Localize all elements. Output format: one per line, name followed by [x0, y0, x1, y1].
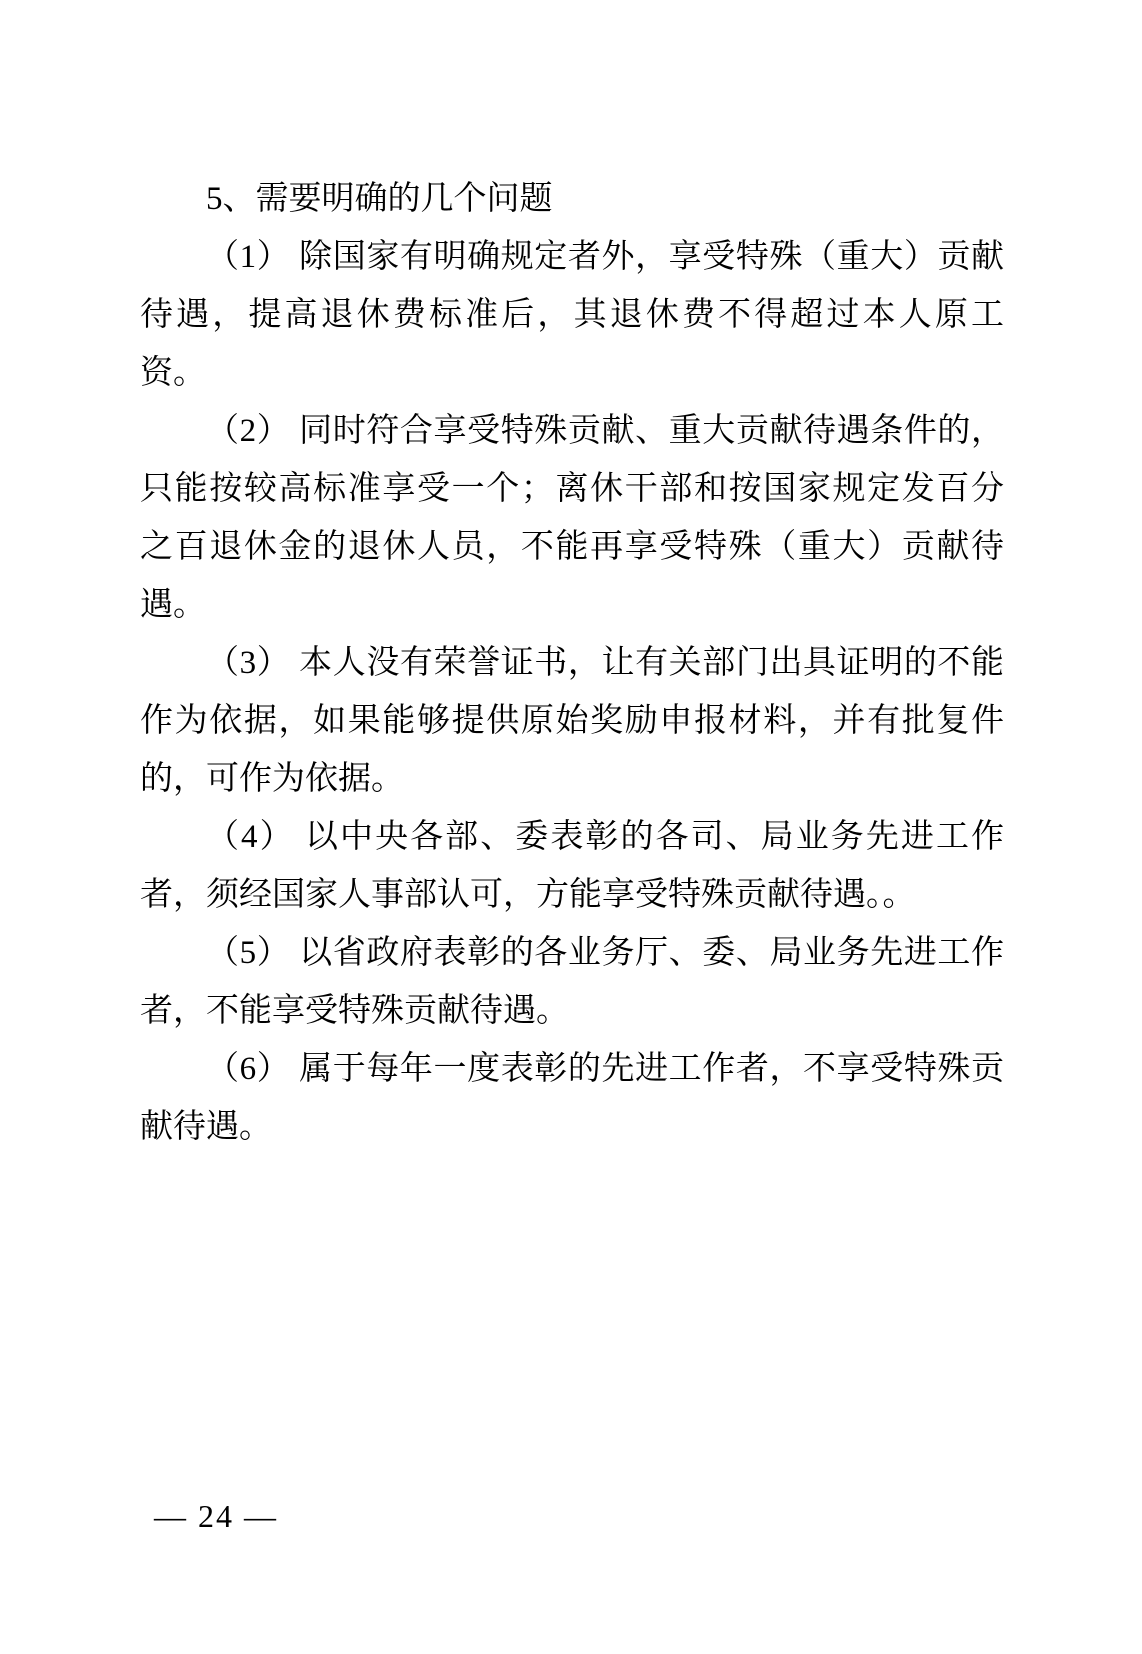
section-heading: 5、需要明确的几个问题	[140, 170, 1004, 228]
text-line: （6） 属于每年一度表彰的先进工作者，不享受特殊贡	[140, 1040, 1004, 1098]
text-line: 者，不能享受特殊贡献待遇。	[140, 982, 1004, 1040]
document-body: 5、需要明确的几个问题 （1） 除国家有明确规定者外，享受特殊（重大）贡献待遇，…	[140, 170, 1004, 1156]
text-line: 的，可作为依据。	[140, 750, 1004, 808]
text-line: 待遇，提高退休费标准后，其退休费不得超过本人原工	[140, 286, 1004, 344]
text-line: （1） 除国家有明确规定者外，享受特殊（重大）贡献	[140, 228, 1004, 286]
text-line: 遇。	[140, 576, 1004, 634]
text-line: 献待遇。	[140, 1098, 1004, 1156]
text-line: （4） 以中央各部、委表彰的各司、局业务先进工作	[140, 808, 1004, 866]
text-line: 资。	[140, 344, 1004, 402]
text-line: 只能按较高标准享受一个；离休干部和按国家规定发百分	[140, 460, 1004, 518]
text-line: 之百退休金的退休人员，不能再享受特殊（重大）贡献待	[140, 518, 1004, 576]
text-line: （5） 以省政府表彰的各业务厅、委、局业务先进工作	[140, 924, 1004, 982]
text-line: 者，须经国家人事部认可，方能享受特殊贡献待遇。。	[140, 866, 1004, 924]
text-line: （3） 本人没有荣誉证书，让有关部门出具证明的不能	[140, 634, 1004, 692]
document-page: 5、需要明确的几个问题 （1） 除国家有明确规定者外，享受特殊（重大）贡献待遇，…	[0, 0, 1142, 1654]
text-line: 作为依据，如果能够提供原始奖励申报材料，并有批复件	[140, 692, 1004, 750]
page-number: — 24 —	[154, 1494, 278, 1538]
text-line: （2） 同时符合享受特殊贡献、重大贡献待遇条件的，	[140, 402, 1004, 460]
